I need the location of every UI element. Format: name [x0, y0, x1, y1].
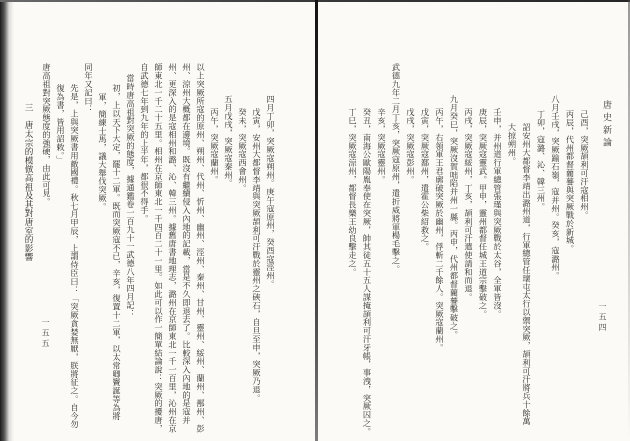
text-column: 四月丁卯，突厥寇朔州。庚午寇原州，癸酉寇涇州。	[264, 63, 278, 441]
text-column: 丁巳，突厥寇涼州，都督長樂王幼良擊走之。	[346, 63, 361, 441]
text-column: 大掠朔州。	[505, 63, 520, 441]
text-column: 辛亥，突厥寇靈州。	[375, 63, 390, 441]
text-column: 戊寅，安州大都督李靖與突厥頡利可汗戰於靈州之硤石，自旦至申，突厥乃退。	[250, 63, 264, 441]
section-heading: 三 唐太宗的模倣高祖及其對唐室的影響	[21, 63, 35, 441]
left-page: 四月丁卯，突厥寇朔州。庚午寇原州，癸酉寇涇州。戊寅，安州大都督李靖與突厥頡利可汗…	[21, 63, 278, 441]
text-column: 八月壬戌，突厥踰石嶺，寇并州。癸亥，寇潞州。	[549, 63, 564, 441]
gutter-shadow	[315, 0, 318, 441]
text-column: 丁卯，寇潞、沁、韓三州。	[534, 63, 549, 441]
text-column: 詔安州大都督李靖出潞州道，行軍總管任瓌屯太行以禦突厥，頡利可汗將兵十餘萬	[520, 63, 535, 441]
text-column: 庚辰，突厥寇靈武。甲申，靈州都督任城王道宗擊破之。	[476, 63, 491, 441]
text-column: 丙戌，突厥寇綏州，丁亥，頡利可汗遣使請和而退。	[462, 63, 477, 441]
page-number-left: 一五五	[40, 318, 51, 350]
text-column: 五月戊戌，突厥寇秦州。	[222, 63, 236, 441]
text-column: 癸未，突厥寇西會州。	[236, 63, 250, 441]
text-column: 師東北一千二十五里。相州在京師東北一千四百二十一里。如此可以作一簡單結論說：突厥…	[152, 63, 166, 441]
text-column: 當時唐高祖對突厥的態度，據通鑑卷一百九十一武德八年四月記：	[124, 63, 138, 441]
text-column: 以上突厥所寇的原州、朔州、代州、忻州、幽州、涇州、秦州、甘州、靈州、綏州、蘭州、…	[194, 63, 208, 441]
text-column: 丙辰，代州都督藺謩與突厥戰於新城。	[563, 63, 578, 441]
text-column: 州、涼州大概都在邊境。既沒有繼續侵入內地的記載，當是不久即退去了。比較深入內地的…	[180, 63, 194, 441]
text-column: 丙午，右領軍王君廓破突厥於幽州，俘斬二千餘人。突厥寇藺州。	[433, 63, 448, 441]
text-column: 復為書，皆用詔敕。」	[54, 63, 68, 441]
text-column: 先是，上與突厥書用敵國禮。秋七月甲辰，上謂侍臣曰：「突厥貪婪無厭，朕將征之。自今…	[68, 63, 82, 441]
right-page: 己酉，突厥頡利可汗寇相州。丙辰，代州都督藺謩與突厥戰於新城。八月壬戌，突厥踰石嶺…	[346, 63, 593, 441]
text-column: 己酉，突厥頡利可汗寇相州。	[578, 63, 593, 441]
text-column: 軍，簡練士馬，議大舉伐突厥。	[96, 63, 110, 441]
text-column: 癸丑，南海公歐陽胤奉使在突厥，帥其徒五十五人謀掩頡利可汗牙帳，事洩，突厥囚之。	[360, 63, 375, 441]
text-column: 戊寅，突厥寇鄯州，遣霍公柴紹救之。	[418, 63, 433, 441]
text-column: 丙午，突厥寇蘭州。	[208, 63, 222, 441]
text-column: 州、更深入的是寇相州和潞、沁、韓三州。據舊唐書地理志，潞州在京師東北一千一百里，…	[166, 63, 180, 441]
text-column: 戊戌，突厥寇彭州。	[404, 63, 419, 441]
text-column: 初，上以天下大定，罷十二軍。既而突厥寇不已，辛亥，復置十二軍，以太常卿竇誕等為將	[110, 63, 124, 441]
text-column: 自武德七年到九年的上半年，都很不得手。	[138, 63, 152, 441]
running-title: 唐史新論	[600, 100, 613, 150]
text-column: 唐高祖對突厥態度的強硬，由此可見。	[40, 63, 54, 441]
text-column: 武德九年二月丁亥，突厥寇原州，遣折威將軍楊毛擊之。	[389, 63, 404, 441]
text-column: 同年又記曰：	[82, 63, 96, 441]
text-column: 壬申，并州道行軍總管張瑾與突厥戰於太谷，全軍皆沒。	[491, 63, 506, 441]
text-column: 九月癸巳，突厥沒賀咄陷并州一縣。丙申，代州都督藺謩擊破之。	[447, 63, 462, 441]
spine-shadow	[0, 0, 14, 441]
page-number-right: 一五四	[597, 302, 608, 334]
